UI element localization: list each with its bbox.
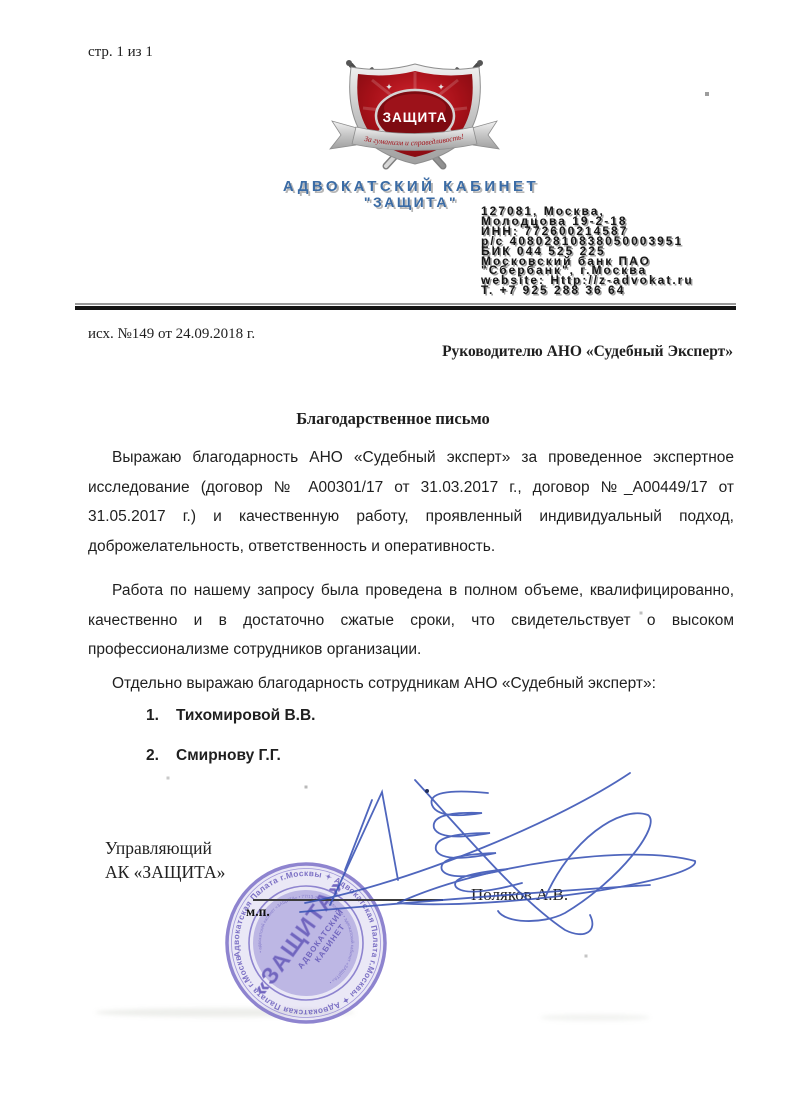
scan-specks xyxy=(0,0,2,2)
letterhead-divider-rule xyxy=(75,303,736,310)
fleur-ornament-left: ✦ xyxy=(385,82,393,92)
address-line-phone: Т. +7 925 288 36 64 xyxy=(481,286,694,296)
list-item-number: 1. xyxy=(146,705,176,726)
letter-title: Благодарственное письмо xyxy=(53,409,733,429)
scanned-letter-page: стр. 1 из 1 xyxy=(0,0,786,1115)
list-item-name: Смирнову Г.Г. xyxy=(176,745,281,766)
logo-shield-text: ЗАЩИТА xyxy=(383,110,448,125)
signer-title-line2: АК «ЗАЩИТА» xyxy=(105,862,225,883)
letterhead-address-block: 127081, Москва, Молодцова 19-2-18 ИНН: 7… xyxy=(481,207,694,296)
org-name-line1: АДВОКАТСКИЙ КАБИНЕТ xyxy=(53,178,769,195)
fleur-ornament-right: ✦ xyxy=(437,82,445,92)
list-item-name: Тихомировой В.В. xyxy=(176,705,315,726)
paragraph-1: Выражаю благодарность АНО «Судебный эксп… xyxy=(88,443,734,561)
handwritten-signature xyxy=(230,765,710,945)
scan-smudge xyxy=(540,1014,650,1021)
page-number: стр. 1 из 1 xyxy=(88,44,153,61)
list-item: 1. Тихомировой В.В. xyxy=(146,705,315,726)
recipient-line: Руководителю АНО «Судебный Эксперт» xyxy=(53,343,733,361)
list-item-number: 2. xyxy=(146,745,176,766)
outgoing-ref-line: исх. №149 от 24.09.2018 г. xyxy=(88,326,255,343)
list-item: 2. Смирнову Г.Г. xyxy=(146,745,315,766)
ink-dot xyxy=(425,789,429,793)
org-logo-shield: ✦ ✦ ЗАЩИТА За гуманизм и справедливость! xyxy=(327,56,502,174)
paragraph-2: Работа по нашему запросу была проведена … xyxy=(88,576,734,665)
paragraph-3: Отдельно выражаю благодарность сотрудник… xyxy=(88,669,734,699)
signer-title-line1: Управляющий xyxy=(105,838,212,859)
